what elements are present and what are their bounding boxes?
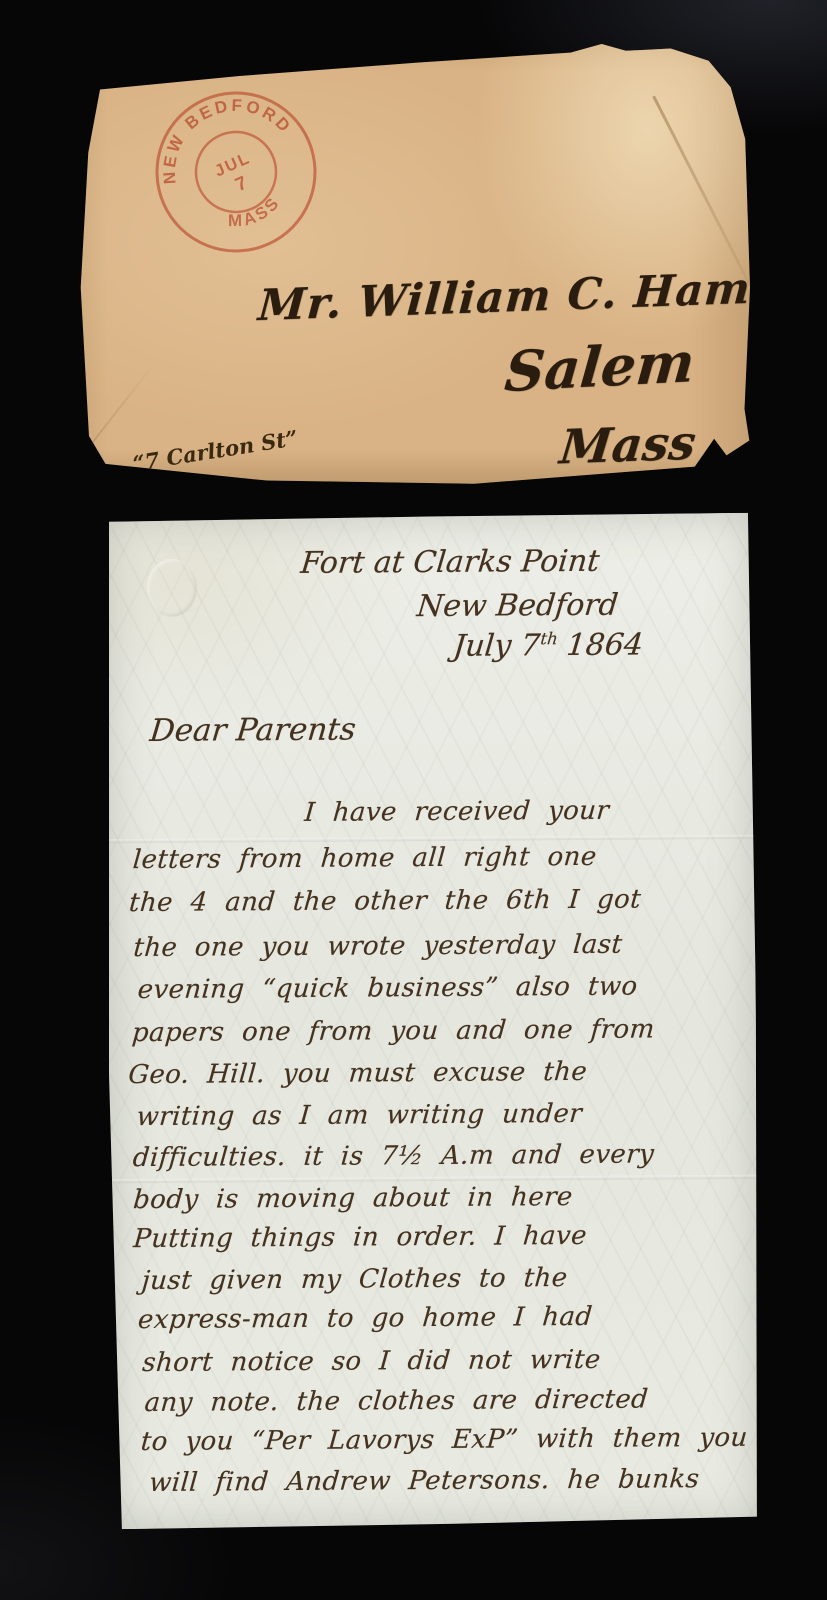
letter-page: Fort at Clarks Point New Bedford July 7t… [104,513,759,1529]
postmark-stamp: NEW BEDFORD MASS JUL 7 [111,47,362,298]
envelope-crease [76,359,158,463]
letter-line: writing as I am writing under [135,1099,583,1132]
svg-text:MASS: MASS [221,189,288,238]
letter-dateline: July 7th 1864 [452,628,645,664]
letter-line: body is moving about in here [132,1182,574,1215]
letter-line: I have received your [303,796,610,828]
letter-line: the 4 and the other the 6th I got [128,885,642,919]
letter-line: just given my Clothes to the [141,1263,569,1296]
letter-line: letters from home all right one [132,842,598,875]
date-year: 1864 [565,628,645,664]
envelope-address-state: Mass [557,416,698,476]
letter-line: Putting things in order. I have [132,1221,588,1254]
letter-line: papers one from you and one from [131,1014,656,1048]
letter-line: Geo. Hill. you must excuse the [127,1057,588,1090]
postmark-day-text: 7 [232,173,250,196]
date-main: July 7 [452,628,542,664]
letter-fold-crease [109,1175,757,1184]
letter-salutation: Dear Parents [148,712,357,749]
letter-line: any note. the clothes are directed [143,1384,649,1418]
embossed-paper-seal [147,559,197,617]
letter-line: difficulties. it is 7½ A.m and every [132,1139,656,1173]
letter-fold-crease [107,835,755,844]
letter-line: the one you wrote yesterday last [132,930,623,963]
letter-heading-place: Fort at Clarks Point [299,544,601,581]
envelope-street-note: “7 Carlton St” [131,425,299,476]
envelope-address-city: Salem [502,329,697,404]
photo-backdrop: NEW BEDFORD MASS JUL 7 Mr. William C. Ha… [0,0,827,1600]
letter-line: will find Andrew Petersons. he bunks [148,1464,701,1498]
envelope-address-name: Mr. William C. Hammond [256,259,827,331]
letter-line: express-man to go home I had [137,1302,594,1335]
letter-line: evening “quick business” also two [137,972,639,1006]
letter-line: to you “Per Lavorys ExP” with them you [140,1423,749,1457]
postmark-state-text: MASS [221,189,288,238]
letter-line: short notice so I did not write [141,1345,602,1378]
envelope: NEW BEDFORD MASS JUL 7 Mr. William C. Ha… [60,40,750,490]
date-ordinal: th [540,629,559,648]
letter-heading-city: New Bedford [415,588,619,624]
